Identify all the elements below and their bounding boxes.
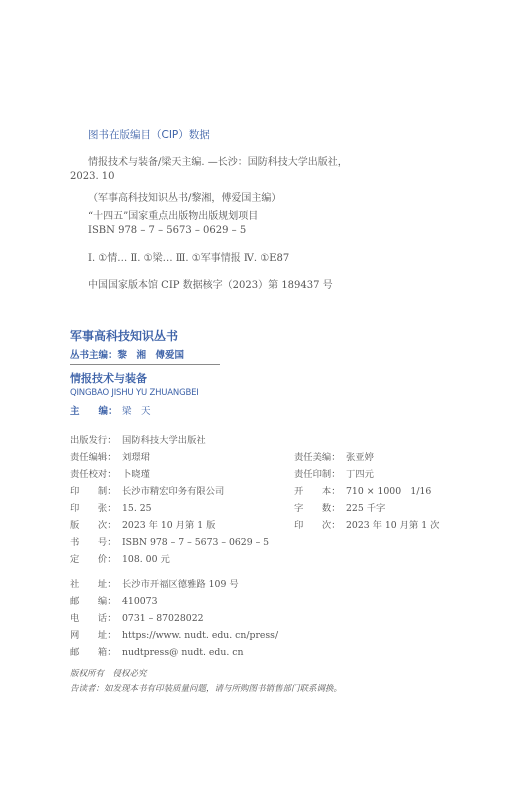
chief-editor-name: 梁 天 (122, 406, 151, 417)
website-link[interactable]: https://www. nudt. edu. cn/press/ (122, 630, 278, 641)
chief-editor: 主 编：梁 天 (70, 403, 151, 417)
pub-row: 印 次：2023 年 10 月第 1 次 (294, 517, 439, 531)
cip-line: ISBN 978 – 7 – 5673 – 0629 – 5 (88, 225, 246, 236)
book-title: 情报技术与装备 (70, 370, 147, 386)
cip-line: 情报技术与装备/梁天主编. —长沙：国防科技大学出版社， (88, 153, 348, 168)
pub-row: 出版发行：国防科技大学出版社 (70, 432, 206, 446)
pub-row: 责任校对：卜晓瑾 (70, 466, 150, 480)
cip-record-number: 中国国家版本馆 CIP 数据核字（2023）第 189437 号 (88, 276, 333, 291)
pub-row: 印 制：长沙市精宏印务有限公司 (70, 483, 224, 497)
pub-row: 书 号：ISBN 978 – 7 – 5673 – 0629 – 5 (70, 534, 269, 548)
series-editors: 丛书主编：黎 湘 傅爱国 (70, 347, 184, 361)
cip-classification: Ⅰ. ①情… Ⅱ. ①梁… Ⅲ. ①军事情报 Ⅳ. ①E87 (88, 249, 289, 264)
cip-line: “十四五”国家重点出版物出版规划项目 (88, 207, 258, 222)
chief-editor-label: 主 编： (70, 403, 122, 417)
pub-row: 印 张：15. 25 (70, 500, 152, 514)
pub-row: 责任印制：丁四元 (294, 466, 374, 480)
contact-row: 邮 箱：nudtpress@ nudt. edu. cn (70, 644, 243, 658)
cip-title: 图书在版编目（CIP）数据 (88, 127, 210, 142)
copyright-notice: 版权所有 侵权必究 (70, 667, 147, 679)
pub-row: 定 价：108. 00 元 (70, 551, 170, 565)
pub-row: 版 次：2023 年 10 月第 1 版 (70, 517, 215, 531)
pub-row: 开 本：710 × 1000 1/16 (294, 483, 431, 497)
pub-row: 责任美编：张亚婷 (294, 449, 374, 463)
contact-row: 电 话：0731 – 87028022 (70, 610, 204, 624)
divider (70, 364, 220, 365)
book-title-pinyin: QINGBAO JISHU YU ZHUANGBEI (70, 388, 199, 398)
cip-line: 2023. 10 (70, 171, 115, 182)
pub-row: 字 数：225 千字 (294, 500, 385, 514)
contact-row: 社 址：长沙市开福区德雅路 109 号 (70, 576, 239, 590)
pub-row: 责任编辑：刘璟珺 (70, 449, 150, 463)
series-name: 军事高科技知识丛书 (70, 327, 178, 344)
contact-row: 邮 编：410073 (70, 593, 158, 607)
contact-row: 网 址：https://www. nudt. edu. cn/press/ (70, 627, 278, 641)
cip-line: （军事高科技知识丛书/黎湘，傅爱国主编） (88, 189, 281, 204)
reader-notice: 告读者：如发现本书有印装质量问题，请与所购图书销售部门联系调换。 (70, 682, 342, 694)
email-link[interactable]: nudtpress@ nudt. edu. cn (122, 647, 243, 658)
